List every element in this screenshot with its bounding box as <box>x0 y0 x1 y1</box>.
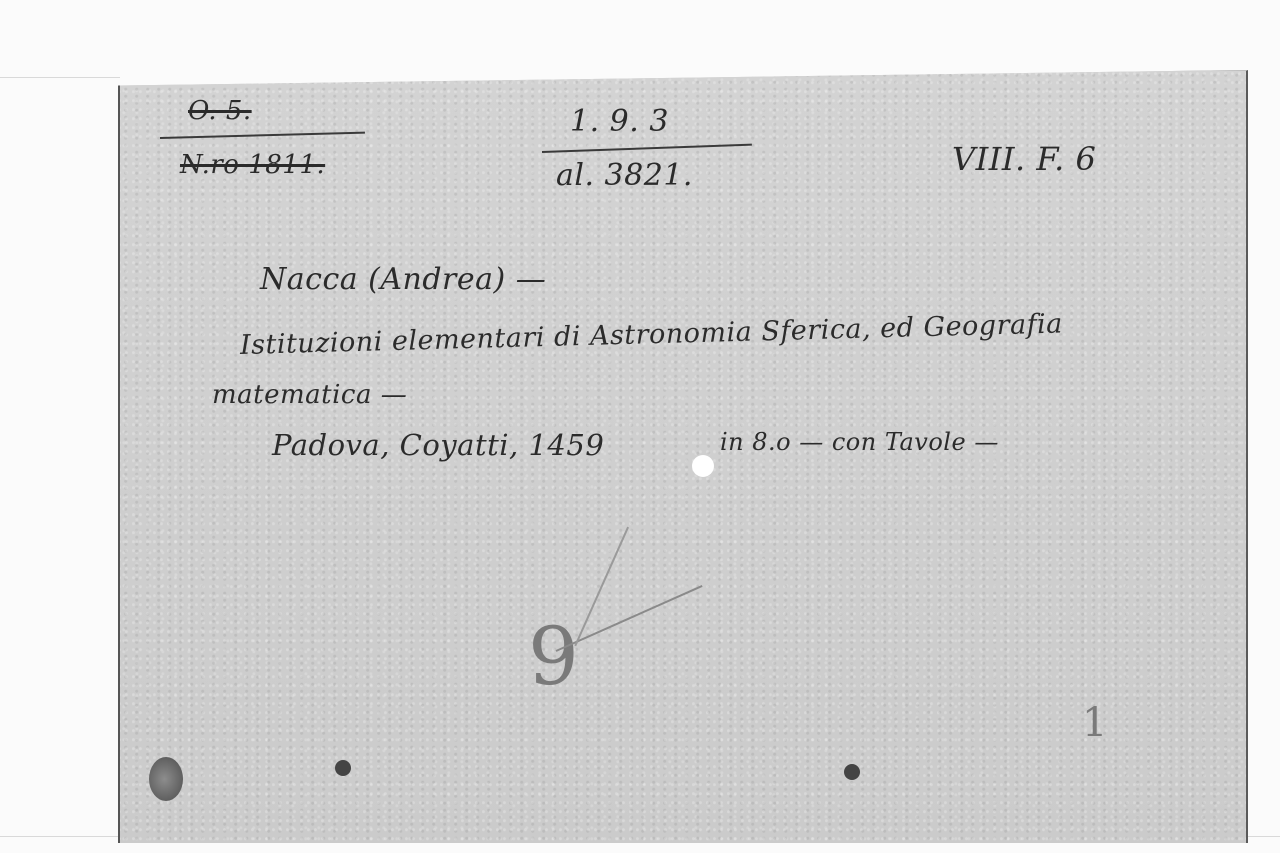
shelfmark-numerator: 1. 9. 3 <box>570 104 669 139</box>
white-spot <box>692 455 714 477</box>
punch-hole-left <box>149 757 183 801</box>
punch-hole-right <box>844 764 860 780</box>
imprint: Padova, Coyatti, 1459 <box>272 428 604 462</box>
author-name: Nacca (Andrea) — <box>260 262 546 297</box>
struck-annotation-line2: N.ro 1811. <box>180 150 325 180</box>
format-note: in 8.o — con Tavole — <box>720 428 999 456</box>
pencil-mark-center: 9 <box>528 610 579 703</box>
struck-annotation-line1: O. 5. <box>188 96 252 126</box>
shelfmark-denominator: al. 3821. <box>556 158 693 193</box>
scan-edge-line-top <box>0 77 120 78</box>
punch-hole-center <box>335 760 351 776</box>
location-code: VIII. F. 6 <box>952 140 1096 178</box>
title-line-2: matematica — <box>212 380 407 410</box>
pencil-page-number: 1 <box>1082 700 1108 746</box>
